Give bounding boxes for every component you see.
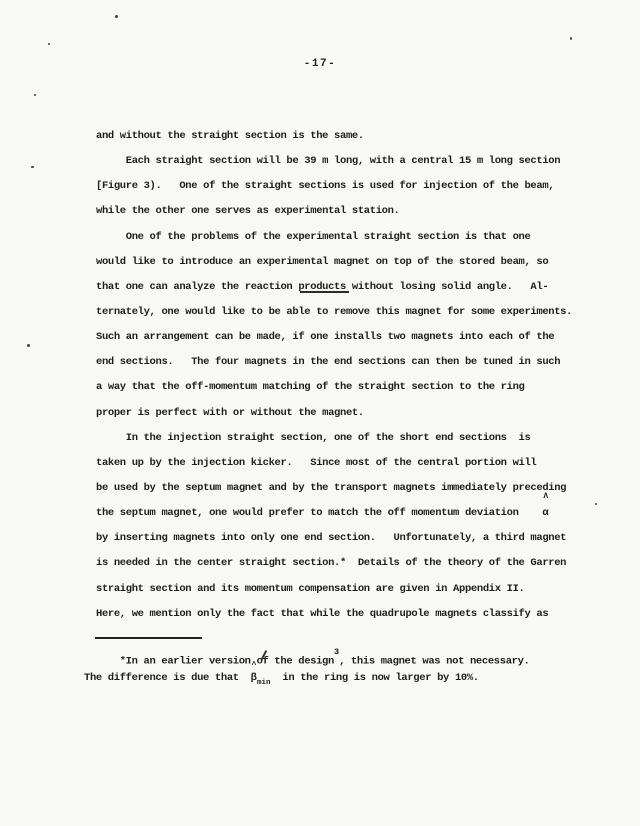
text-line: the septum magnet, one would prefer to m… bbox=[96, 507, 542, 519]
text-line: taken up by the injection kicker. Since … bbox=[96, 451, 601, 476]
hat-mark: Λ bbox=[543, 493, 548, 501]
beta-min-symbol: ^βmin bbox=[251, 670, 271, 687]
text-line: a way that the off-momentum matching of … bbox=[96, 375, 601, 400]
scanned-document-page: -17- and without the straight section is… bbox=[0, 0, 640, 826]
footnote-reference-superscript: 3 bbox=[334, 647, 339, 657]
text-line: Here, we mention only the fact that whil… bbox=[96, 602, 601, 627]
footnote-block: *In an earlier version of the design3, t… bbox=[84, 649, 604, 687]
text-line: One of the problems of the experimental … bbox=[96, 225, 601, 250]
beta-base: β bbox=[251, 672, 257, 684]
scan-speck bbox=[115, 15, 118, 18]
text-line-with-symbol: the septum magnet, one would prefer to m… bbox=[96, 501, 601, 526]
document-body: and without the straight section is the … bbox=[96, 124, 601, 627]
text-line: Such an arrangement can be made, if one … bbox=[96, 325, 601, 350]
text-line: that one can analyze the reaction produc… bbox=[96, 275, 601, 300]
text-line: [Figure 3). One of the straight sections… bbox=[96, 174, 601, 199]
footnote-text: The difference is due that bbox=[84, 672, 251, 684]
text-line: is needed in the center straight section… bbox=[96, 551, 601, 576]
text-line: proper is perfect with or without the ma… bbox=[96, 401, 601, 426]
scan-speck bbox=[570, 37, 572, 40]
page-number: -17- bbox=[0, 58, 640, 70]
footnote-line-1: *In an earlier version of the design3, t… bbox=[84, 649, 604, 670]
footnote-text: , this magnet was not necessary. bbox=[339, 656, 529, 668]
text-line: In the injection straight section, one o… bbox=[96, 426, 601, 451]
footnote-separator-rule bbox=[95, 637, 202, 639]
text-line: end sections. The four magnets in the en… bbox=[96, 350, 601, 375]
text-line: be used by the septum magnet and by the … bbox=[96, 476, 601, 501]
text-line: while the other one serves as experiment… bbox=[96, 199, 601, 224]
scan-speck bbox=[48, 43, 50, 45]
text-line: would like to introduce an experimental … bbox=[96, 250, 601, 275]
text-line: ternately, one would like to be able to … bbox=[96, 300, 601, 325]
scan-speck bbox=[34, 94, 36, 96]
underline-mark-products bbox=[300, 291, 349, 293]
text-line: and without the straight section is the … bbox=[96, 124, 601, 149]
hat-mark: ^ bbox=[252, 662, 257, 670]
text-line: Each straight section will be 39 m long,… bbox=[96, 149, 601, 174]
alpha-hat-symbol: Λα bbox=[542, 501, 548, 526]
footnote-text: *In an earlier version of the design bbox=[84, 656, 334, 668]
scan-speck bbox=[595, 503, 597, 505]
text-line: straight section and its momentum compen… bbox=[96, 577, 601, 602]
text-line: by inserting magnets into only one end s… bbox=[96, 526, 601, 551]
scan-speck bbox=[31, 166, 34, 168]
min-subscript: min bbox=[257, 679, 271, 687]
footnote-line-2: The difference is due that ^βmin in the … bbox=[84, 670, 604, 687]
alpha-base: α bbox=[542, 507, 548, 519]
footnote-text: in the ring is now larger by 10%. bbox=[270, 672, 478, 684]
scan-speck bbox=[27, 344, 30, 347]
